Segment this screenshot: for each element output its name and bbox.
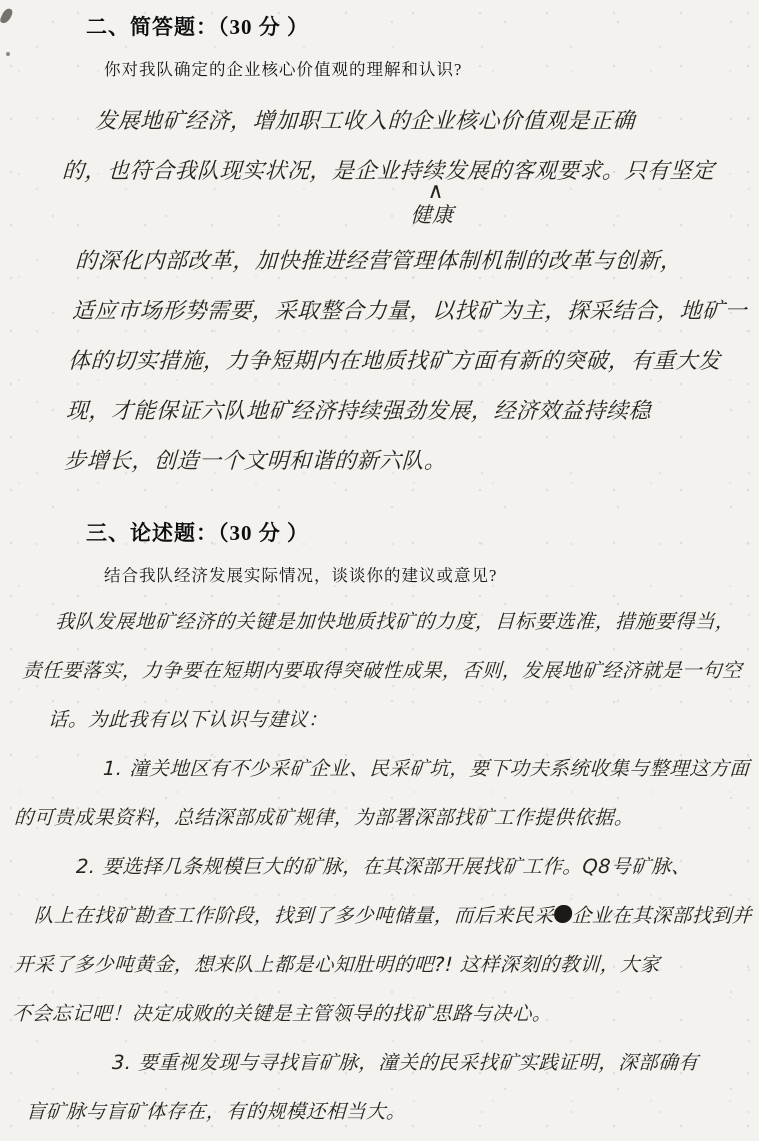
handwritten-line: 现，才能保证六队地矿经济持续强劲发展，经济效益持续稳: [0, 388, 759, 438]
handwritten-list-item-1: 1. 潼关地区有不少采矿企业、民采矿坑，要下功夫系统收集与整理这方面: [0, 745, 759, 794]
handwritten-line: 的深化内部改革，加快推进经营管理体制机制的改革与创新，: [0, 238, 759, 288]
scan-artifact: [6, 52, 10, 56]
handwritten-line: 盲矿脉与盲矿体存在，有的规模还相当大。: [0, 1088, 759, 1137]
handwritten-text: 的，也符合我队现实状况，是企业持续: [62, 159, 446, 184]
handwritten-line: 发展地矿经济，增加职工收入的企业核心价值观是正确: [0, 98, 759, 148]
inserted-word: 健康: [410, 204, 454, 226]
section3-handwritten-answer: 我队发展地矿经济的关键是加快地质找矿的力度，目标要选准，措施要得当， 责任要落实…: [0, 598, 759, 1137]
handwritten-text: 企业在其深部找到并: [572, 904, 753, 927]
section3-heading: 三、论述题：（30 分 ）: [86, 518, 759, 548]
insertion-caret-icon: ∧: [427, 182, 444, 202]
section2-question: 你对我队确定的企业核心价值观的理解和认识?: [104, 58, 759, 82]
handwritten-text: 发展的客观要求。只有坚定: [444, 159, 715, 184]
redacted-character: ●: [554, 905, 573, 923]
handwritten-line: 适应市场形势需要，采取整合力量，以找矿为主，探采结合，地矿一: [0, 288, 759, 338]
handwritten-line: 体的切实措施，力争短期内在地质找矿方面有新的突破，有重大发: [0, 338, 759, 388]
handwritten-line: 责任要落实，力争要在短期内要取得突破性成果，否则，发展地矿经济就是一句空: [0, 647, 759, 696]
section3-question: 结合我队经济发展实际情况，谈谈你的建议或意见?: [104, 564, 759, 588]
section-essay: 三、论述题：（30 分 ） 结合我队经济发展实际情况，谈谈你的建议或意见? 我队…: [0, 518, 759, 1137]
handwritten-text: 队上在找矿勘查工作阶段，找到了多少吨储量，而后来民采: [34, 904, 555, 927]
handwritten-line: 的可贵成果资料，总结深部成矿规律，为部署深部找矿工作提供依据。: [0, 794, 759, 843]
handwritten-list-item-3: 3. 要重视发现与寻找盲矿脉，潼关的民采找矿实践证明，深部确有: [0, 1039, 759, 1088]
handwritten-line: 不会忘记吧！决定成败的关键是主管领导的找矿思路与决心。: [0, 990, 759, 1039]
handwritten-list-item-2: 2. 要选择几条规模巨大的矿脉，在其深部开展找矿工作。Q8号矿脉、: [0, 843, 759, 892]
handwritten-line: 开采了多少吨黄金，想来队上都是心知肚明的吧?! 这样深刻的教训，大家: [0, 941, 759, 990]
handwritten-line: 步增长，创造一个文明和谐的新六队。: [0, 438, 759, 488]
scanned-answer-sheet: { "style": { "paper_color": "#f3f2ef", "…: [0, 0, 759, 1141]
handwritten-line-with-insertion: 的，也符合我队现实状况，是企业持续∧健康发展的客观要求。只有坚定: [0, 148, 759, 198]
section-short-answer: 二、简答题：（30 分 ） 你对我队确定的企业核心价值观的理解和认识? 发展地矿…: [0, 12, 759, 488]
section2-handwritten-answer: 发展地矿经济，增加职工收入的企业核心价值观是正确 的，也符合我队现实状况，是企业…: [0, 98, 759, 488]
section2-heading: 二、简答题：（30 分 ）: [86, 12, 759, 42]
handwritten-line: 我队发展地矿经济的关键是加快地质找矿的力度，目标要选准，措施要得当，: [0, 598, 759, 647]
handwritten-line-with-redaction: 队上在找矿勘查工作阶段，找到了多少吨储量，而后来民采●企业在其深部找到并: [0, 892, 759, 941]
handwritten-line: 话。为此我有以下认识与建议：: [0, 696, 759, 745]
